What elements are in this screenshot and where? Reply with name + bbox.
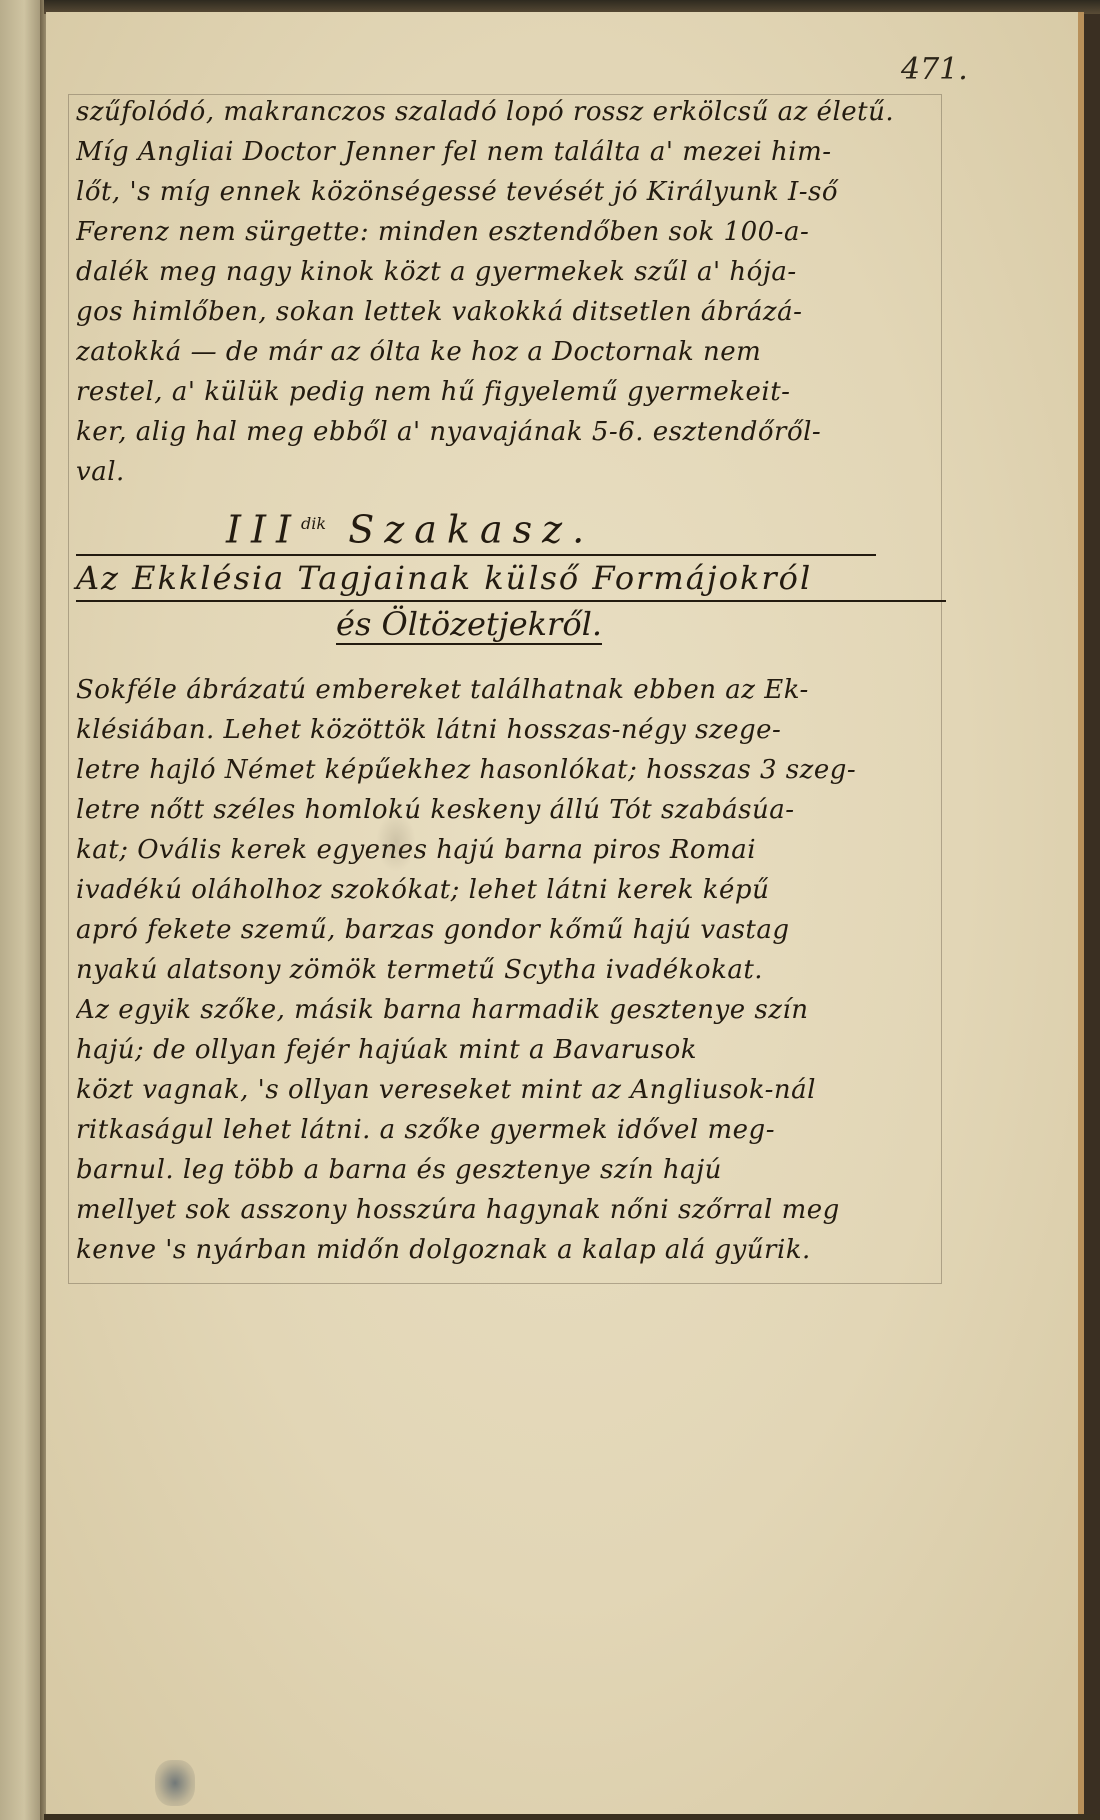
text-line: apró fekete szemű, barzas gondor kőmű ha… (76, 910, 956, 950)
text-line: letre hajló Német képűekhez hasonlókat; … (76, 750, 956, 790)
text-line: letre nőtt széles homlokú keskeny állú T… (76, 790, 956, 830)
paragraph-after-heading: Sokféle ábrázatú embereket találhatnak e… (76, 670, 956, 1270)
page-number: 471. (901, 52, 968, 87)
text-line: Míg Angliai Doctor Jenner fel nem talált… (76, 132, 956, 172)
paragraph-before-heading: szűfolódó, makranczos szaladó lopó rossz… (76, 92, 956, 492)
text-line: kenve 's nyárban midőn dolgoznak a kalap… (76, 1230, 956, 1270)
handwritten-text-block: szűfolódó, makranczos szaladó lopó rossz… (76, 92, 956, 1270)
text-line: Sokféle ábrázatú embereket találhatnak e… (76, 670, 956, 710)
paper-smudge (376, 812, 416, 872)
section-word: Szakasz. (348, 508, 594, 552)
text-line: klésiában. Lehet közöttök látni hosszas-… (76, 710, 956, 750)
previous-page-edge (0, 0, 44, 1820)
text-line: ker, alig hal meg ebből a' nyavajának 5-… (76, 412, 956, 452)
text-line: Az egyik szőke, másik barna harmadik ges… (76, 990, 956, 1030)
ink-stain (155, 1760, 195, 1806)
text-line: mellyet sok asszony hosszúra hagynak nőn… (76, 1190, 956, 1230)
text-line: zatokká — de már az ólta ke hoz a Doctor… (76, 332, 956, 372)
book-bottom-edge (44, 1814, 1100, 1820)
text-line: közt vagnak, 's ollyan vereseket mint az… (76, 1070, 956, 1110)
text-line: lőt, 's míg ennek közönségessé tevését j… (76, 172, 956, 212)
text-line: ritkaságul lehet látni. a szőke gyermek … (76, 1110, 956, 1150)
section-numeral: III (226, 508, 301, 552)
section-subtitle-text: és Öltözetjekről. (336, 605, 602, 645)
text-line: val. (76, 452, 956, 492)
text-line: szűfolódó, makranczos szaladó lopó rossz… (76, 92, 956, 132)
text-line: restel, a' külük pedig nem hű figyelemű … (76, 372, 956, 412)
text-line: hajú; de ollyan fejér hajúak mint a Bava… (76, 1030, 956, 1070)
text-line: ivadékú oláholhoz szokókat; lehet látni … (76, 870, 956, 910)
text-line: Ferenz nem sürgette: minden esztendőben … (76, 212, 956, 252)
text-line: barnul. leg több a barna és gesztenye sz… (76, 1150, 956, 1190)
manuscript-page: 471. szűfolódó, makranczos szaladó lopó … (46, 12, 1084, 1814)
section-subtitle-line-1: Az Ekklésia Tagjainak külső Formájokról (76, 556, 946, 602)
section-heading: IIIdik Szakasz. (76, 500, 876, 556)
section-numeral-suffix: dik (301, 514, 326, 533)
text-line: nyakú alatsony zömök termetű Scytha ivad… (76, 950, 956, 990)
section-subtitle-line-2: és Öltözetjekről. (76, 602, 956, 646)
text-line: gos himlőben, sokan lettek vakokká ditse… (76, 292, 956, 332)
text-line: kat; Ovális kerek egyenes hajú barna pir… (76, 830, 956, 870)
text-line: dalék meg nagy kinok közt a gyermekek sz… (76, 252, 956, 292)
